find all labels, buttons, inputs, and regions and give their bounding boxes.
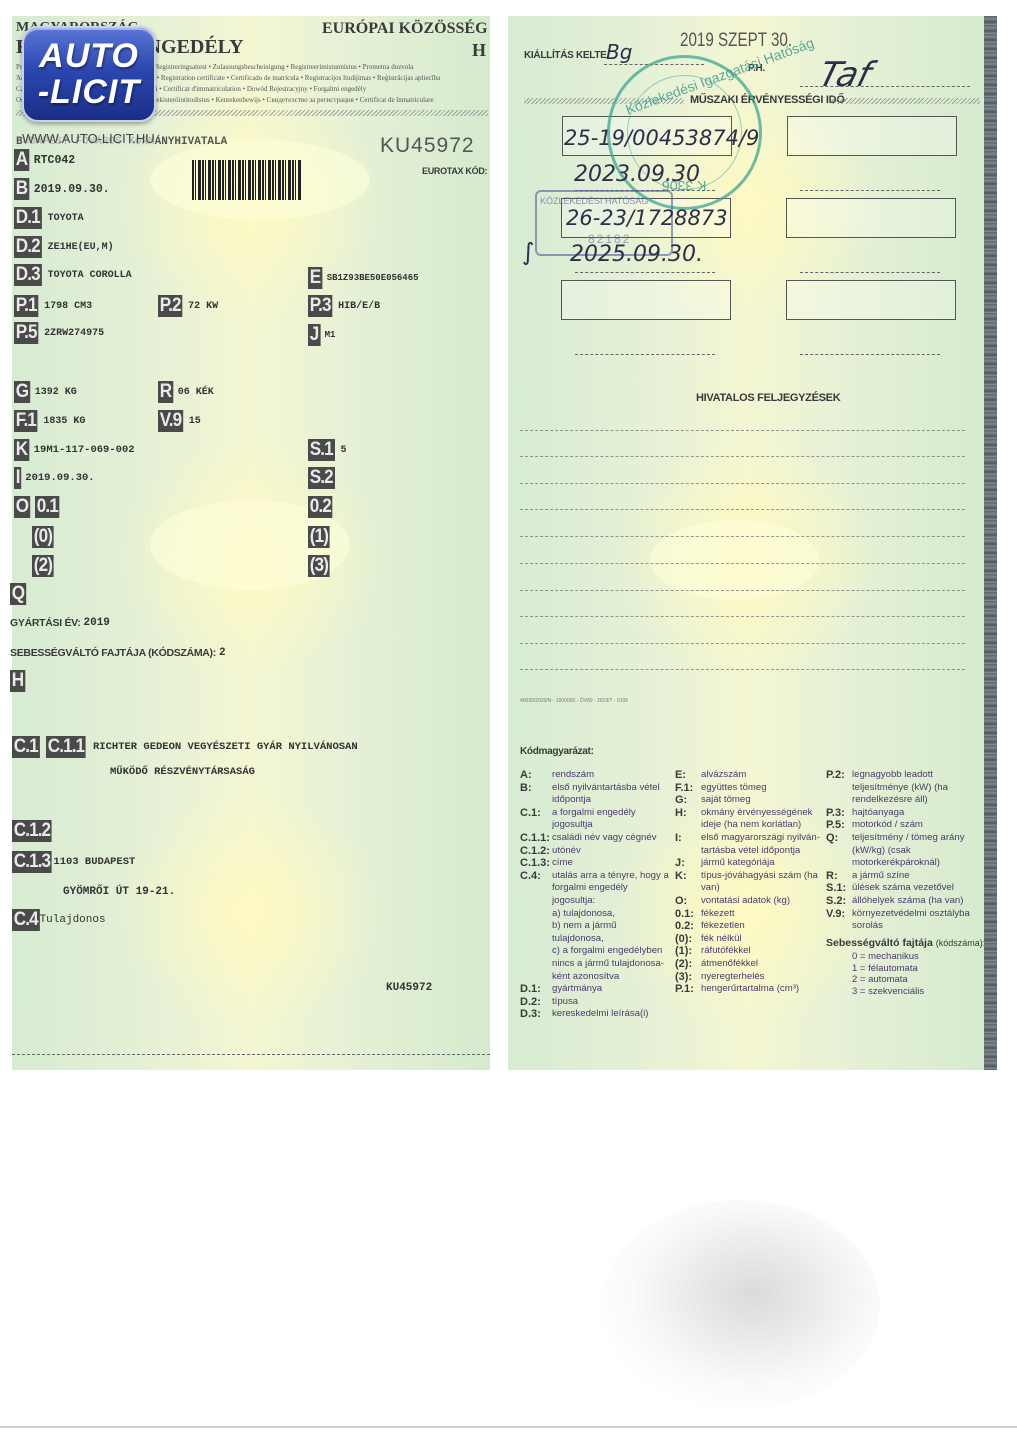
legend-item: C.1.3:címe: [520, 857, 670, 870]
gearbox-code: 1 = félautomata: [852, 963, 924, 975]
legend-item: P.3:hajtóanyaga: [826, 807, 976, 820]
legend-description: ráfutófékkel: [701, 945, 825, 958]
legend-description: teljesítmény / tömeg arány (kW/kg) (csak…: [852, 832, 976, 870]
legend-code: D.1:: [520, 983, 552, 996]
manufacture-year-label: GYÁRTÁSI ÉV:: [10, 617, 81, 629]
gearbox-codes-list: 0 = mechanikus 1 = félautomata 2 = autom…: [852, 951, 924, 998]
field-value: ZE1HE(EU,M): [48, 242, 114, 253]
gearbox-value: 2: [219, 647, 226, 659]
legend-description: c) a forgalmi engedélyben nincs a jármű …: [552, 945, 670, 983]
legend-code: C.1.3:: [520, 857, 552, 870]
auto-licit-logo: AUTO -LICIT: [22, 26, 156, 122]
validity-date-line: [800, 354, 940, 355]
legend-description: hajtóanyaga: [852, 807, 976, 820]
legend-item: R:a jármű színe: [826, 870, 976, 883]
legend-column-3: P.2:legnagyobb leadott teljesítménye (kW…: [826, 769, 976, 933]
legend-description: utónév: [552, 845, 670, 858]
notes-line: [520, 483, 965, 484]
field-code: S.2: [308, 467, 335, 489]
issue-date-label: KIÁLLÍTÁS KELTE: [524, 50, 607, 61]
legend-item: D.2:típusa: [520, 996, 670, 1009]
field-J: J M1: [308, 324, 335, 346]
field-code: P.5: [14, 322, 38, 344]
field-O: O 0.1: [14, 496, 62, 518]
field-code: (3): [308, 555, 330, 577]
field-code: E: [308, 267, 322, 289]
legend-item: V.9:környezetvédelmi osztályba sorolás: [826, 908, 976, 933]
field-code: (0): [32, 526, 54, 548]
field-P3: P.3 HIB/E/B: [308, 295, 380, 317]
legend-description: fékezetlen: [701, 920, 825, 933]
legend-item: S.2:állóhelyek száma (ha van): [826, 895, 976, 908]
legend-description: első nyilvántartásba vétel időpontja: [552, 782, 670, 807]
validity-date-1: 2023.09.30: [574, 162, 700, 187]
field-value: TOYOTA: [48, 213, 84, 224]
owner-name-line1: RICHTER GEDEON VEGYÉSZETI GYÁR NYILVÁNOS…: [93, 741, 358, 753]
legend-description: kereskedelmi leírása(i): [552, 1008, 670, 1021]
field-code: A: [14, 149, 29, 171]
legend-code: I:: [675, 832, 701, 857]
legend-code: Q:: [826, 832, 852, 870]
field-value: 2019.09.30.: [25, 472, 94, 484]
legend-description: nyeregterhelés: [701, 971, 825, 984]
field-code: D.2: [14, 236, 42, 258]
field-V9: V.9 15: [158, 410, 201, 432]
page-bottom-edge: [0, 1426, 1017, 1428]
gearbox-label: SEBESSÉGVÁLTÓ FAJTÁJA (KÓDSZÁMA):: [10, 647, 216, 659]
legend-item: (3):nyeregterhelés: [675, 971, 825, 984]
legend-description: típus-jóváhagyási szám (ha van): [701, 870, 825, 895]
field-C12: C.1.2: [12, 820, 56, 842]
field-C4: C.4 Tulajdonos: [12, 909, 106, 931]
legend-code: 0.2:: [675, 920, 701, 933]
legend-code: K:: [675, 870, 701, 895]
legend-item: b) nem a jármű tulajdonosa,: [520, 920, 670, 945]
validity-number-1: 25-19/00453874/9: [564, 126, 759, 150]
field-B: B 2019.09.30.: [14, 178, 110, 200]
legend-column-1: A:rendszámB:első nyilvántartásba vétel i…: [520, 769, 670, 1021]
owner-name-line2: MŰKÖDŐ RÉSZVÉNYTÁRSASÁG: [110, 766, 255, 778]
legend-description: a forgalmi engedély jogosultja: [552, 807, 670, 832]
gearbox-legend-title: Sebességváltó fajtája: [826, 937, 933, 949]
gearbox-code: 0 = mechanikus: [852, 951, 924, 963]
legend-item: (2):átmenőfékkel: [675, 958, 825, 971]
legend-description: fékezett: [701, 908, 825, 921]
field-value: 1835 KG: [43, 416, 85, 427]
legend-description: címe: [552, 857, 670, 870]
legend-description: motorkód / szám: [852, 819, 976, 832]
field-value: TOYOTA COROLLA: [48, 270, 132, 281]
field-value: RTC042: [34, 154, 75, 167]
notes-line: [520, 456, 965, 457]
legend-description: típusa: [552, 996, 670, 1009]
legend-item: E:alvázszám: [675, 769, 825, 782]
field-brake-0: (0): [32, 526, 56, 548]
legend-item: I:első magyarországi nyilván-tartásba vé…: [675, 832, 825, 857]
legend-code: C.1.2:: [520, 845, 552, 858]
legend-description: a) tulajdonosa,: [552, 908, 670, 921]
legend-description: alvázszám: [701, 769, 825, 782]
legend-code: G:: [675, 794, 701, 807]
field-code: V.9: [158, 410, 183, 432]
legend-item: P.5:motorkód / szám: [826, 819, 976, 832]
field-value: Tulajdonos: [40, 914, 106, 926]
address-line2: GYÖMRŐI ÚT 19-21.: [63, 886, 175, 898]
notes-line: [520, 616, 965, 617]
legend-item: 0.2:fékezetlen: [675, 920, 825, 933]
legend-item: D.1:gyártmánya: [520, 983, 670, 996]
field-F1: F.1 1835 KG: [14, 410, 85, 432]
legend-item: F.1:együttes tömeg: [675, 782, 825, 795]
legend-description: első magyarországi nyilván-tartásba véte…: [701, 832, 825, 857]
field-E: E SB1Z93BE50E056465: [308, 267, 419, 289]
legend-description: hengerűrtartalma (cm³): [701, 983, 825, 996]
watermark-url: WWW.AUTO-LICIT.HU: [22, 131, 155, 146]
notes-line: [520, 643, 965, 644]
field-code: P.1: [14, 295, 38, 317]
field-code: G: [14, 381, 30, 403]
legend-item: C.1.1:családi név vagy cégnév: [520, 832, 670, 845]
issue-initials: Bg: [606, 40, 632, 64]
validity-box-6: [786, 280, 956, 320]
legend-code: (2):: [675, 958, 701, 971]
field-code: K: [14, 439, 29, 461]
legend-code: F.1:: [675, 782, 701, 795]
legend-item: C.1.2:utónév: [520, 845, 670, 858]
notes-line: [520, 590, 965, 591]
validity-date-line: [575, 354, 715, 355]
legend-item: C.4:utalás arra a tényre, hogy a forgalm…: [520, 870, 670, 908]
field-Q: Q: [10, 583, 28, 605]
notes-line: [520, 430, 965, 431]
field-value: 1798 CM3: [44, 301, 92, 312]
field-D1: D.1 TOYOTA: [14, 207, 84, 229]
legend-item: a) tulajdonosa,: [520, 908, 670, 921]
legend-code: H:: [675, 807, 701, 832]
legend-item: A:rendszám: [520, 769, 670, 782]
barcode: [192, 160, 302, 200]
field-P5: P.5 2ZRW274975: [14, 322, 104, 344]
legend-description: átmenőfékkel: [701, 958, 825, 971]
scan-smudge: [600, 1200, 880, 1410]
field-code: D.1: [14, 207, 42, 229]
field-brake-3: (3): [308, 555, 332, 577]
field-value: 06 KÉK: [178, 387, 214, 398]
field-S2: S.2: [308, 467, 338, 489]
field-code: C.1: [12, 736, 40, 758]
field-value: SB1Z93BE50E056465: [327, 273, 419, 283]
legend-code: P.2:: [826, 769, 852, 807]
legend-code: J:: [675, 857, 701, 870]
signature-line: [800, 86, 970, 87]
legend-item: B:első nyilvántartásba vétel időpontja: [520, 782, 670, 807]
field-code: I: [14, 467, 21, 489]
field-code: Q: [10, 583, 26, 605]
field-code: B: [14, 178, 29, 200]
notes-line: [520, 669, 965, 670]
field-code: C.1.1: [46, 736, 86, 758]
legend-description: vontatási adatok (kg): [701, 895, 825, 908]
field-code: 0.2: [308, 496, 333, 518]
field-code: (1): [308, 526, 330, 548]
gearbox-type: SEBESSÉGVÁLTÓ FAJTÁJA (KÓDSZÁMA): 2: [10, 647, 226, 659]
field-value: HIB/E/B: [338, 301, 380, 312]
legend-code: C.4:: [520, 870, 552, 908]
validity-number-2: 26-23/1728873: [566, 206, 728, 230]
field-value: 5: [341, 445, 347, 456]
country-code: H: [472, 40, 486, 61]
validity-date-line: [800, 272, 940, 273]
field-A: A RTC042: [14, 149, 75, 171]
gearbox-code: 3 = szekvenciális: [852, 986, 924, 998]
legend-code: B:: [520, 782, 552, 807]
field-brake-2: (2): [32, 555, 56, 577]
legend-description: állóhelyek száma (ha van): [852, 895, 976, 908]
field-C13: C.1.3 1103 BUDAPEST: [12, 851, 135, 873]
legend-code: [520, 908, 552, 921]
print-code: 40020/2020/N - 1000000 - ÖV80 - 2019/T -…: [520, 698, 628, 704]
ornament-decoration: [650, 520, 820, 600]
field-value: 2019.09.30.: [34, 183, 110, 196]
legend-item: c) a forgalmi engedélyben nincs a jármű …: [520, 945, 670, 983]
signature: Taf: [815, 55, 876, 95]
legend-title: Kódmagyarázat:: [520, 746, 594, 757]
field-C1: C.1 C.1.1 RICHTER GEDEON VEGYÉSZETI GYÁR…: [12, 736, 358, 758]
validity-box-2: [787, 116, 957, 156]
inspector-initials: ∫: [522, 238, 535, 266]
manufacture-year-value: 2019: [84, 617, 110, 629]
field-P1: P.1 1798 CM3: [14, 295, 92, 317]
legend-item: 0.1:fékezett: [675, 908, 825, 921]
field-D2: D.2 ZE1HE(EU,M): [14, 236, 114, 258]
legend-item: O:vontatási adatok (kg): [675, 895, 825, 908]
legend-code: E:: [675, 769, 701, 782]
legend-item: C.1:a forgalmi engedély jogosultja: [520, 807, 670, 832]
gearbox-code: 2 = automata: [852, 974, 924, 986]
legend-description: környezetvédelmi osztályba sorolás: [852, 908, 976, 933]
legend-description: utalás arra a tényre, hogy a forgalmi en…: [552, 870, 670, 908]
validity-date-line: [800, 190, 940, 191]
legend-code: V.9:: [826, 908, 852, 933]
legend-item: K:típus-jóváhagyási szám (ha van): [675, 870, 825, 895]
field-code: S.1: [308, 439, 335, 461]
legend-code: P.5:: [826, 819, 852, 832]
legend-code: A:: [520, 769, 552, 782]
legend-code: C.1.1:: [520, 832, 552, 845]
field-code: F.1: [14, 410, 38, 432]
field-value: M1: [325, 330, 336, 340]
logo-text-line2: -LICIT: [38, 74, 140, 110]
legend-code: D.2:: [520, 996, 552, 1009]
field-code: P.3: [308, 295, 332, 317]
field-code: J: [308, 324, 320, 346]
eurotax-label: EUROTAX KÓD:: [422, 166, 487, 176]
field-code: D.3: [14, 264, 42, 286]
validity-box-4: [786, 198, 956, 238]
field-code: 0.1: [35, 496, 60, 518]
field-value: 1392 KG: [35, 387, 77, 398]
field-code: C.1.3: [12, 851, 52, 873]
document-number: KU45972: [380, 134, 475, 158]
legend-code: R:: [826, 870, 852, 883]
field-value: 15: [189, 416, 201, 427]
legend-description: saját tömeg: [701, 794, 825, 807]
legend-code: P.3:: [826, 807, 852, 820]
divider-line: [12, 1054, 490, 1055]
manufacture-year: GYÁRTÁSI ÉV: 2019: [10, 617, 110, 629]
field-code: P.2: [158, 295, 182, 317]
legend-item: D.3:kereskedelmi leírása(i): [520, 1008, 670, 1021]
legend-code: 0.1:: [675, 908, 701, 921]
legend-item: J:jármű kategóriája: [675, 857, 825, 870]
legend-code: S.1:: [826, 882, 852, 895]
legend-description: jármű kategóriája: [701, 857, 825, 870]
union-name: EURÓPAI KÖZÖSSÉG: [322, 20, 488, 38]
legend-description: ülések száma vezetővel: [852, 882, 976, 895]
field-I: I 2019.09.30.: [14, 467, 95, 489]
field-O2: 0.2: [308, 496, 335, 518]
legend-description: okmány érvényességének ideje (ha nem kor…: [701, 807, 825, 832]
field-K: K 19M1-117-069-002: [14, 439, 135, 461]
legend-description: együttes tömeg: [701, 782, 825, 795]
legend-code: [520, 920, 552, 945]
validity-box-5: [561, 280, 731, 320]
legend-item: P.1:hengerűrtartalma (cm³): [675, 983, 825, 996]
hatch-divider: [830, 98, 980, 104]
legend-code: S.2:: [826, 895, 852, 908]
notes-line: [520, 509, 965, 510]
field-D3: D.3 TOYOTA COROLLA: [14, 264, 132, 286]
field-code: (2): [32, 555, 54, 577]
legend-item: G:saját tömeg: [675, 794, 825, 807]
address-line1: 1103 BUDAPEST: [53, 856, 135, 868]
notes-title: HIVATALOS FELJEGYZÉSEK: [696, 392, 840, 404]
field-code: C.4: [12, 909, 40, 931]
legend-item: (0):fék nélkül: [675, 933, 825, 946]
field-R: R 06 KÉK: [158, 381, 214, 403]
legend-description: fék nélkül: [701, 933, 825, 946]
field-value: 2ZRW274975: [44, 328, 104, 339]
legend-code: (3):: [675, 971, 701, 984]
field-G: G 1392 KG: [14, 381, 77, 403]
gearbox-legend-suffix: (kódszáma):: [936, 938, 986, 948]
legend-code: O:: [675, 895, 701, 908]
validity-date-2: 2025.09.30.: [570, 242, 703, 267]
footer-document-number: KU45972: [386, 982, 432, 994]
legend-code: D.3:: [520, 1008, 552, 1021]
legend-description: rendszám: [552, 769, 670, 782]
legend-item: S.1:ülések száma vezetővel: [826, 882, 976, 895]
field-code: H: [10, 670, 25, 692]
document-spine: [984, 16, 997, 1070]
legend-item: P.2:legnagyobb leadott teljesítménye (kW…: [826, 769, 976, 807]
legend-description: családi név vagy cégnév: [552, 832, 670, 845]
validity-date-line: [575, 272, 715, 273]
notes-line: [520, 536, 965, 537]
legend-item: (1):ráfutófékkel: [675, 945, 825, 958]
field-code: R: [158, 381, 173, 403]
legend-description: b) nem a jármű tulajdonosa,: [552, 920, 670, 945]
field-value: 72 KW: [188, 301, 218, 312]
legend-code: (0):: [675, 933, 701, 946]
legend-code: (1):: [675, 945, 701, 958]
logo-text-line1: AUTO: [39, 38, 139, 74]
field-code: C.1.2: [12, 820, 52, 842]
legend-code: P.1:: [675, 983, 701, 996]
rect-stamp-text: KÖZLEKEDÉSI HATÓSÁG: [540, 196, 648, 206]
legend-description: a jármű színe: [852, 870, 976, 883]
field-S1: S.1 5: [308, 439, 347, 461]
notes-line: [520, 563, 965, 564]
legend-description: legnagyobb leadott teljesítménye (kW) (h…: [852, 769, 976, 807]
field-H: H: [10, 670, 27, 692]
legend-item: Q:teljesítmény / tömeg arány (kW/kg) (cs…: [826, 832, 976, 870]
legend-item: H:okmány érvényességének ideje (ha nem k…: [675, 807, 825, 832]
legend-code: C.1:: [520, 807, 552, 832]
legend-code: [520, 945, 552, 983]
field-brake-1: (1): [308, 526, 332, 548]
field-code: O: [14, 496, 30, 518]
field-P2: P.2 72 KW: [158, 295, 218, 317]
gearbox-legend: Sebességváltó fajtája (kódszáma):: [826, 937, 985, 949]
legend-description: gyártmánya: [552, 983, 670, 996]
legend-column-2: E:alvázszámF.1:együttes tömegG:saját töm…: [675, 769, 825, 996]
field-value: 19M1-117-069-002: [34, 444, 135, 456]
